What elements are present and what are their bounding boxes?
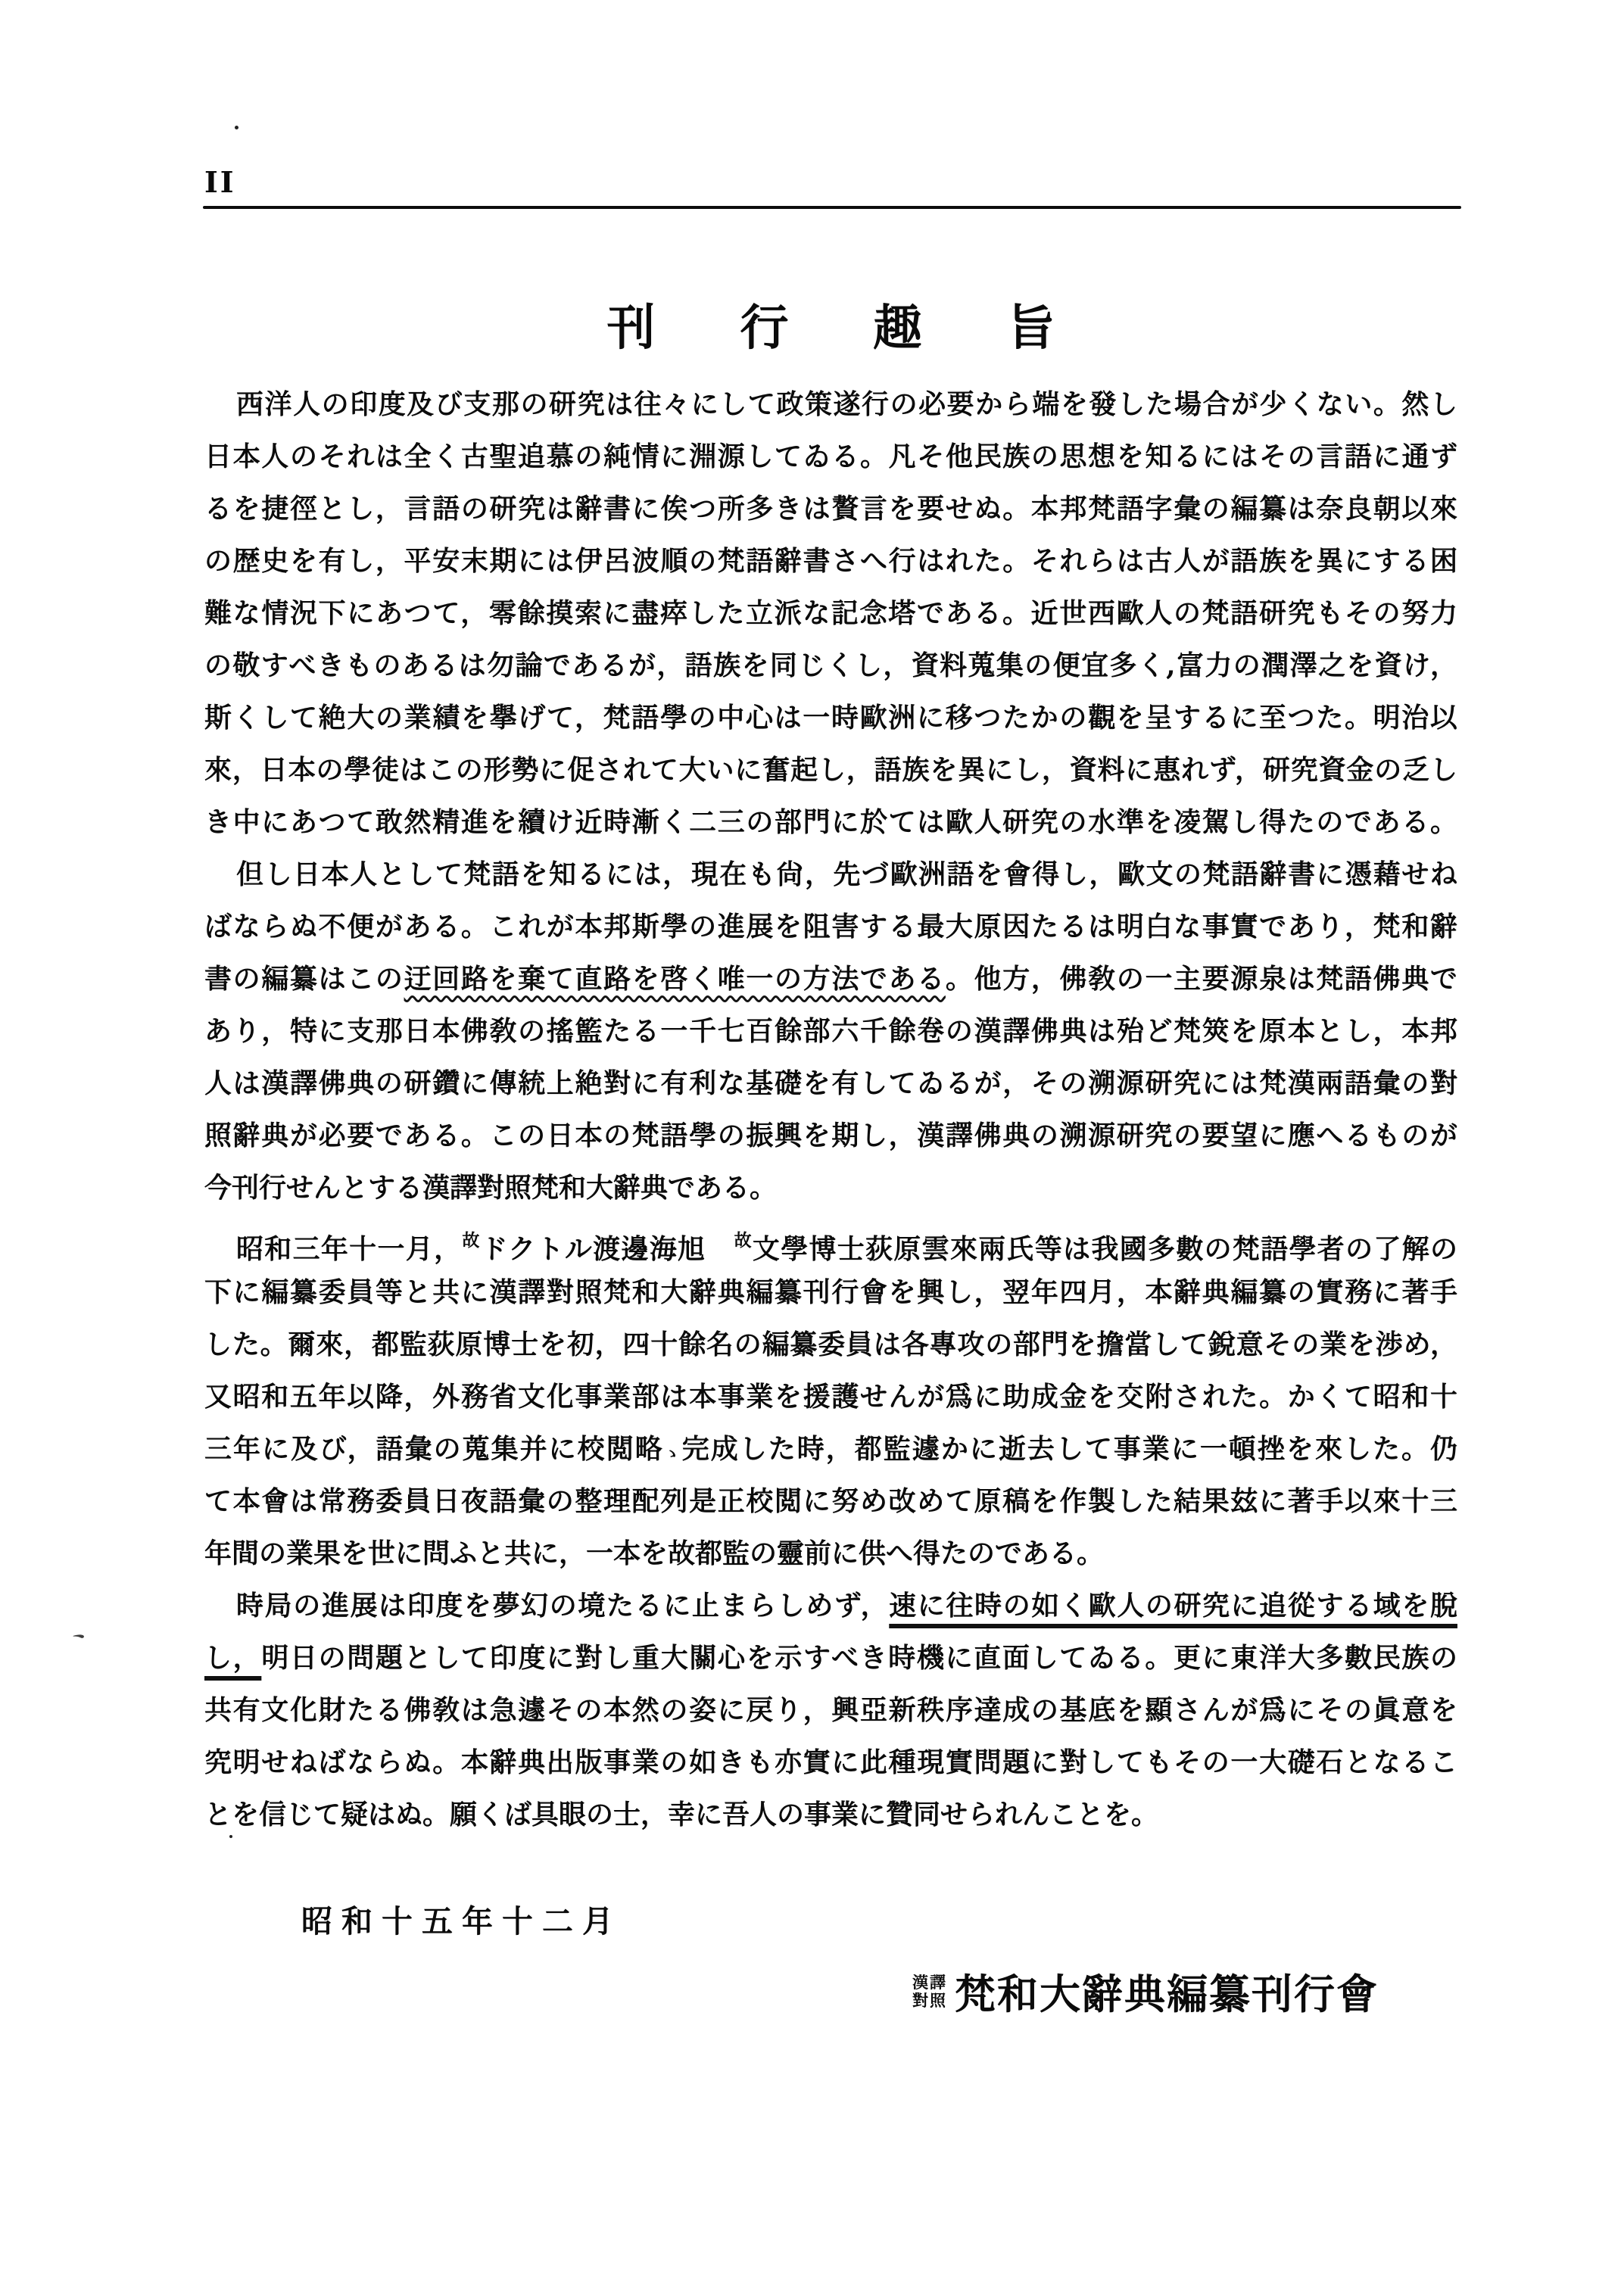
body-segment-wavy: 迂回路を棄て直路を啓く唯一の方法である	[404, 963, 946, 995]
body-line: 日本人のそれは全く古聖追慕の純情に淵源してゐる。凡そ他民族の思想を知るにはその言…	[204, 431, 1457, 483]
body-segment: 。他方，佛敎の一主要源泉は梵語佛典で	[946, 963, 1457, 995]
body-line: き中にあつて敢然精進を續け近時漸く二三の部門に於ては歐人研究の水準を凌駕し得たの…	[204, 796, 1457, 849]
body-segment-uline: 速に往時の如く歐人の研究に追從する域を脫	[889, 1590, 1457, 1622]
body-line: とを信じて疑はぬ。願くば具眼の士，幸に吾人の事業に贊同せられんことを。	[204, 1789, 1457, 1841]
body-segment: 西洋人の印度及び支那の研究は往々にして政策遂行の必要から端を發した場合が少くない…	[236, 388, 1457, 420]
body-segment: ばならぬ不便がある。これが本邦斯學の進展を阻害する最大原因たるは明白な事實であり…	[204, 911, 1457, 942]
body-segment: の歴史を有し，平安末期には伊呂波順の梵語辭書さへ行はれた。それらは古人が語族を異…	[204, 545, 1457, 577]
body-segment: とを信じて疑はぬ。願くば具眼の士，幸に吾人の事業に贊同せられんことを。	[204, 1799, 1158, 1830]
body-segment: した。爾來，都監荻原博士を初，四十餘名の編纂委員は各專攻の部門を擔當して銳意その…	[204, 1329, 1457, 1360]
signature-prefix-top: 漢譯	[912, 1974, 947, 1992]
body-segment: 斯くして絶大の業績を擧げて，梵語學の中心は一時歐洲に移つたかの觀を呈するに至つた…	[204, 702, 1457, 734]
signature-prefix: 漢譯 對照	[912, 1974, 947, 2010]
body-segment: き中にあつて敢然精進を續け近時漸く二三の部門に於ては歐人研究の水準を凌駕し得たの…	[204, 806, 1457, 838]
body-segment-uline: し，	[204, 1642, 261, 1674]
body-line: 西洋人の印度及び支那の研究は往々にして政策遂行の必要から端を發した場合が少くない…	[204, 379, 1457, 431]
body-segment: るを捷徑とし，言語の研究は辭書に俟つ所多きは贅言を要せぬ。本邦梵語字彙の編纂は奈…	[204, 493, 1457, 525]
body-line: 照辭典が必要である。この日本の梵語學の振興を期し，漢譯佛典の溯源研究の要望に應へ…	[204, 1110, 1457, 1162]
body-line: て本會は常務委員日夜語彙の整理配列是正校閲に努め改めて原稿を作製した結果玆に著手…	[204, 1475, 1457, 1528]
body-text: 西洋人の印度及び支那の研究は往々にして政策遂行の必要から端を發した場合が少くない…	[204, 379, 1457, 1841]
body-line: 共有文化財たる佛敎は急遽その本然の姿に戻り，興亞新秩序達成の基底を顯さんが爲にそ…	[204, 1684, 1457, 1737]
page-title: 刊行趣旨	[204, 289, 1457, 359]
body-segment: 年間の業果を世に問ふと共に，一本を故都監の靈前に供へ得たのである。	[204, 1537, 1104, 1569]
header-rule	[203, 206, 1461, 209]
body-segment-small-mark: ゝ	[664, 1444, 682, 1464]
date-line: 昭和十五年十二月	[301, 1896, 622, 1941]
page-number: II	[204, 165, 236, 199]
pencil-margin-mark: 、	[60, 1597, 111, 1647]
body-segment: 文學博士荻原雲來兩氏等は我國多數の梵語學者の了解の	[753, 1233, 1457, 1265]
body-line: し，明日の問題として印度に對し重大關心を示すべき時機に直面してゐる。更に東洋大多…	[204, 1632, 1457, 1684]
body-segment: 今刊行せんとする漢譯對照梵和大辭典である。	[204, 1172, 777, 1204]
body-line: 人は漢譯佛典の研鑽に傳統上絶對に有利な基礎を有してゐるが，その溯源研究には梵漢兩…	[204, 1058, 1457, 1110]
body-line: 昭和三年十一月，故ドクトル渡邊海旭 故文學博士荻原雲來兩氏等は我國多數の梵語學者…	[204, 1214, 1457, 1266]
body-line: るを捷徑とし，言語の研究は辭書に俟つ所多きは贅言を要せぬ。本邦梵語字彙の編纂は奈…	[204, 483, 1457, 535]
body-segment: て本會は常務委員日夜語彙の整理配列是正校閲に努め改めて原稿を作製した結果玆に著手…	[204, 1485, 1457, 1517]
body-line: あり，特に支那日本佛敎の搖籃たる一千七百餘部六千餘卷の漢譯佛典は殆ど梵筴を原本と…	[204, 1005, 1457, 1058]
body-line: 斯くして絶大の業績を擧げて，梵語學の中心は一時歐洲に移つたかの觀を呈するに至つた…	[204, 692, 1457, 744]
body-line: 書の編纂はこの迂回路を棄て直路を啓く唯一の方法である。他方，佛敎の一主要源泉は梵…	[204, 953, 1457, 1005]
body-segment: の敬すべきものあるは勿論であるが，語族を同じくし，資料蒐集の便宜多く,富力の潤澤…	[204, 650, 1457, 681]
body-segment: ドクトル渡邊海旭	[481, 1233, 734, 1265]
body-line: 究明せねばならぬ。本辭典出版事業の如きも亦實に此種現實問題に對してもその一大礎石…	[204, 1737, 1457, 1789]
body-segment: 時局の進展は印度を夢幻の境たるに止まらしめず，	[236, 1590, 889, 1622]
body-line: 下に編纂委員等と共に漢譯對照梵和大辭典編纂刊行會を興し，翌年四月，本辭典編纂の實…	[204, 1266, 1457, 1319]
scan-speck	[235, 126, 238, 129]
body-line: 難な情況下にあつて，零餘摸索に盡瘁した立派な記念塔である。近世西歐人の梵語研究も…	[204, 587, 1457, 640]
body-segment: 共有文化財たる佛敎は急遽その本然の姿に戻り，興亞新秩序達成の基底を顯さんが爲にそ…	[204, 1694, 1457, 1726]
body-line: ばならぬ不便がある。これが本邦斯學の進展を阻害する最大原因たるは明白な事實であり…	[204, 901, 1457, 953]
signature-prefix-bottom: 對照	[912, 1992, 947, 2010]
body-line: 年間の業果を世に問ふと共に，一本を故都監の靈前に供へ得たのである。	[204, 1528, 1457, 1580]
body-segment: 下に編纂委員等と共に漢譯對照梵和大辭典編纂刊行會を興し，翌年四月，本辭典編纂の實…	[204, 1276, 1457, 1308]
body-segment: 照辭典が必要である。この日本の梵語學の振興を期し，漢譯佛典の溯源研究の要望に應へ…	[204, 1120, 1457, 1151]
body-segment: 人は漢譯佛典の研鑽に傳統上絶對に有利な基礎を有してゐるが，その溯源研究には梵漢兩…	[204, 1067, 1457, 1099]
scanned-page: II 刊行趣旨 西洋人の印度及び支那の研究は往々にして政策遂行の必要から端を發し…	[0, 0, 1624, 2293]
body-line: 今刊行せんとする漢譯對照梵和大辭典である。	[204, 1162, 1457, 1214]
body-segment: 昭和三年十一月，	[236, 1233, 462, 1265]
body-line: の歴史を有し，平安末期には伊呂波順の梵語辭書さへ行はれた。それらは古人が語族を異…	[204, 535, 1457, 587]
body-line: の敬すべきものあるは勿論であるが，語族を同じくし，資料蒐集の便宜多く,富力の潤澤…	[204, 640, 1457, 692]
body-line: 又昭和五年以降，外務省文化事業部は本事業を援護せんが爲に助成金を交附された。かく…	[204, 1371, 1457, 1423]
body-line: 來，日本の學徒はこの形勢に促されて大いに奮起し，語族を異にし，資料に惠れず，研究…	[204, 744, 1457, 796]
body-line: 但し日本人として梵語を知るには，現在も尙，先づ歐洲語を會得し，歐文の梵語辭書に憑…	[204, 849, 1457, 901]
body-segment: 難な情況下にあつて，零餘摸索に盡瘁した立派な記念塔である。近世西歐人の梵語研究も…	[204, 597, 1457, 629]
body-segment: 完成した時，都監遽かに逝去して事業に一頓挫を來した。仍	[682, 1433, 1457, 1465]
body-segment: 明日の問題として印度に對し重大關心を示すべき時機に直面してゐる。更に東洋大多數民…	[261, 1642, 1457, 1674]
scan-speck	[229, 1835, 232, 1838]
body-segment: 三年に及び，語彙の蒐集并に校閲略	[204, 1433, 664, 1465]
signature-name: 梵和大辭典編纂刊行會	[955, 1962, 1379, 2020]
body-segment: 究明せねばならぬ。本辭典出版事業の如きも亦實に此種現實問題に對してもその一大礎石…	[204, 1746, 1457, 1778]
body-segment: あり，特に支那日本佛敎の搖籃たる一千七百餘部六千餘卷の漢譯佛典は殆ど梵筴を原本と…	[204, 1015, 1457, 1047]
body-segment-sup: 故	[734, 1230, 753, 1251]
body-line: 時局の進展は印度を夢幻の境たるに止まらしめず，速に往時の如く歐人の研究に追從する…	[204, 1580, 1457, 1632]
body-line: 三年に及び，語彙の蒐集并に校閲略ゝ完成した時，都監遽かに逝去して事業に一頓挫を來…	[204, 1423, 1457, 1475]
body-line: した。爾來，都監荻原博士を初，四十餘名の編纂委員は各專攻の部門を擔當して銳意その…	[204, 1319, 1457, 1371]
body-segment: 來，日本の學徒はこの形勢に促されて大いに奮起し，語族を異にし，資料に惠れず，研究…	[204, 754, 1457, 786]
signature: 漢譯 對照 梵和大辭典編纂刊行會	[912, 1962, 1379, 2020]
body-segment: 日本人のそれは全く古聖追慕の純情に淵源してゐる。凡そ他民族の思想を知るにはその言…	[204, 441, 1457, 472]
body-segment: 書の編纂はこの	[204, 963, 404, 995]
body-segment: 但し日本人として梵語を知るには，現在も尙，先づ歐洲語を會得し，歐文の梵語辭書に憑…	[236, 858, 1457, 890]
body-segment-sup: 故	[462, 1230, 480, 1251]
body-segment: 又昭和五年以降，外務省文化事業部は本事業を援護せんが爲に助成金を交附された。かく…	[204, 1381, 1457, 1413]
